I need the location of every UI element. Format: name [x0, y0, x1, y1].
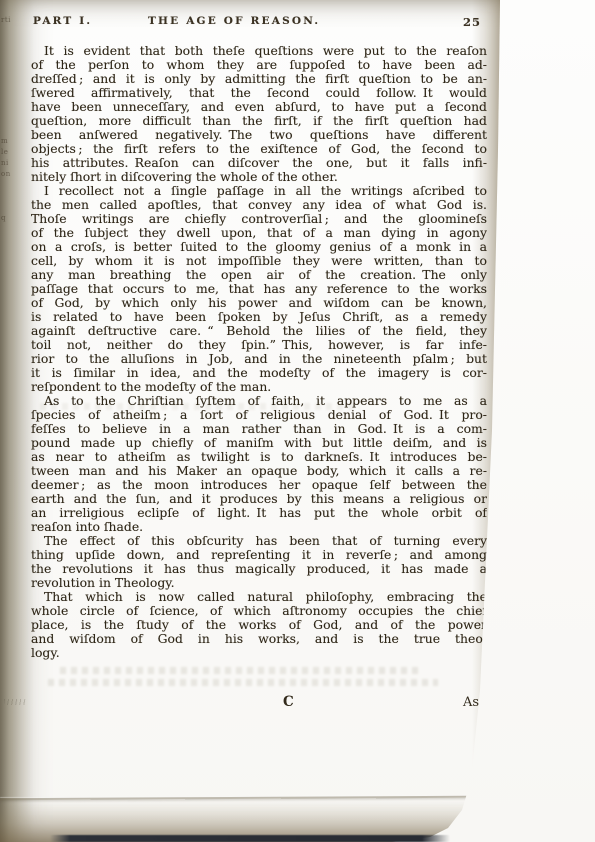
text-line: I recollect not a ſingle paſſage in all … — [31, 184, 487, 198]
text-line: rior to the alluſions in Job, and in the… — [31, 352, 487, 366]
body-text: It is evident that both theſe queſtions … — [31, 44, 487, 660]
text-line: cell, by whom it is not impoſſible they … — [31, 254, 487, 268]
text-line: it is ſimilar in idea, and the modeſty o… — [31, 366, 487, 380]
book-page: rtimlenionq PART I. THE AGE OF REASON. 2… — [0, 0, 500, 842]
text-line: feſſes to believe in a man rather than i… — [31, 422, 487, 436]
text-line: earth and the ſun, and it produces by th… — [31, 492, 487, 506]
text-line: againſt deſtructive care. “ Behold the l… — [31, 324, 487, 338]
text-line: been anſwered negatively. The two queſti… — [31, 128, 487, 142]
edge-fragments: rtimlenionq — [0, 0, 14, 842]
text-line: is related to have been ſpoken by Jeſus … — [31, 310, 487, 324]
text-line: whole circle of ſcience, of which aſtron… — [31, 604, 487, 618]
text-line: the men called apoſtles, that convey any… — [31, 198, 487, 212]
text-line: objects ; the firſt refers to the exiſte… — [31, 142, 487, 156]
edge-fragment: rti — [1, 16, 11, 24]
text-line: deemer ; as the moon introduces her opaq… — [31, 478, 487, 492]
text-line: queſtion, more difficult than the firſt,… — [31, 114, 487, 128]
text-line: Thoſe writings are chiefly controverſial… — [31, 212, 487, 226]
text-line: an irreligious eclipſe of light. It has … — [31, 506, 487, 520]
text-line: pound made up chiefly of maniſm with but… — [31, 436, 487, 450]
text-line: thing upſide down, and repreſenting it i… — [31, 548, 487, 562]
edge-fragment: q — [1, 214, 6, 222]
header-part-label: PART I. — [33, 15, 92, 27]
text-line: ſwered affirmatively, that the ſecond co… — [31, 86, 487, 100]
text-line: any man breathing the open air of the cr… — [31, 268, 487, 282]
header-title: THE AGE OF REASON. — [148, 15, 320, 27]
text-line: as near to atheiſm as twilight is to dar… — [31, 450, 487, 464]
text-line: reſpondent to the modeſty of the man. — [31, 380, 487, 394]
text-line: That which is now called natural philoſo… — [31, 590, 487, 604]
text-line: revolution in Theology. — [31, 576, 487, 590]
header-page-number: 25 — [463, 15, 481, 29]
text-line: tween man and his Maker an opaque body, … — [31, 464, 487, 478]
text-line: of God, by which only his power and wiſd… — [31, 296, 487, 310]
edge-fragment: on — [1, 170, 11, 178]
text-line: reaſon into ſhade. — [31, 520, 487, 534]
pencil-mark — [4, 699, 26, 705]
text-line: of the ſubject they dwell upon, that of … — [31, 226, 487, 240]
text-line: The effect of this obſcurity has been th… — [31, 534, 487, 548]
catchword: As — [463, 695, 479, 710]
text-line: It is evident that both theſe queſtions … — [31, 44, 487, 58]
text-line: place, is the ſtudy of the works of God,… — [31, 618, 487, 632]
text-line: of the perſon to whom they are ſuppoſed … — [31, 58, 487, 72]
text-line: paſſage that occurs to me, that has any … — [31, 282, 487, 296]
book-edge-strip — [50, 835, 450, 842]
text-line: on a croſs, is better ſuited to the gloo… — [31, 240, 487, 254]
text-line: nitely ſhort in diſcovering the whole of… — [31, 170, 487, 184]
text-line: the revolutions it has thus magically pr… — [31, 562, 487, 576]
edge-fragment: m — [1, 137, 8, 145]
text-line: As to the Chriſtian ſyſtem of faith, it … — [31, 394, 487, 408]
text-line: logy. — [31, 646, 487, 660]
scan-background: rtimlenionq PART I. THE AGE OF REASON. 2… — [0, 0, 595, 842]
ghost-bleed-line — [60, 667, 420, 674]
edge-fragment: le — [1, 148, 8, 156]
text-line: his attributes. Reaſon can diſcover the … — [31, 156, 487, 170]
text-line: and wiſdom of God in his works, and is t… — [31, 632, 487, 646]
edge-fragment: ni — [1, 159, 9, 167]
text-line: have been unneceſſary, and even abſurd, … — [31, 100, 487, 114]
text-line: toil not, neither do they ſpin.” This, h… — [31, 338, 487, 352]
ghost-bleed-line — [48, 679, 438, 686]
page-header: PART I. THE AGE OF REASON. 25 — [31, 15, 487, 29]
signature-mark: C — [283, 694, 294, 710]
text-line: ſpecies of atheiſm ; a ſort of religious… — [31, 408, 487, 422]
text-line: dreſſed ; and it is only by admitting th… — [31, 72, 487, 86]
